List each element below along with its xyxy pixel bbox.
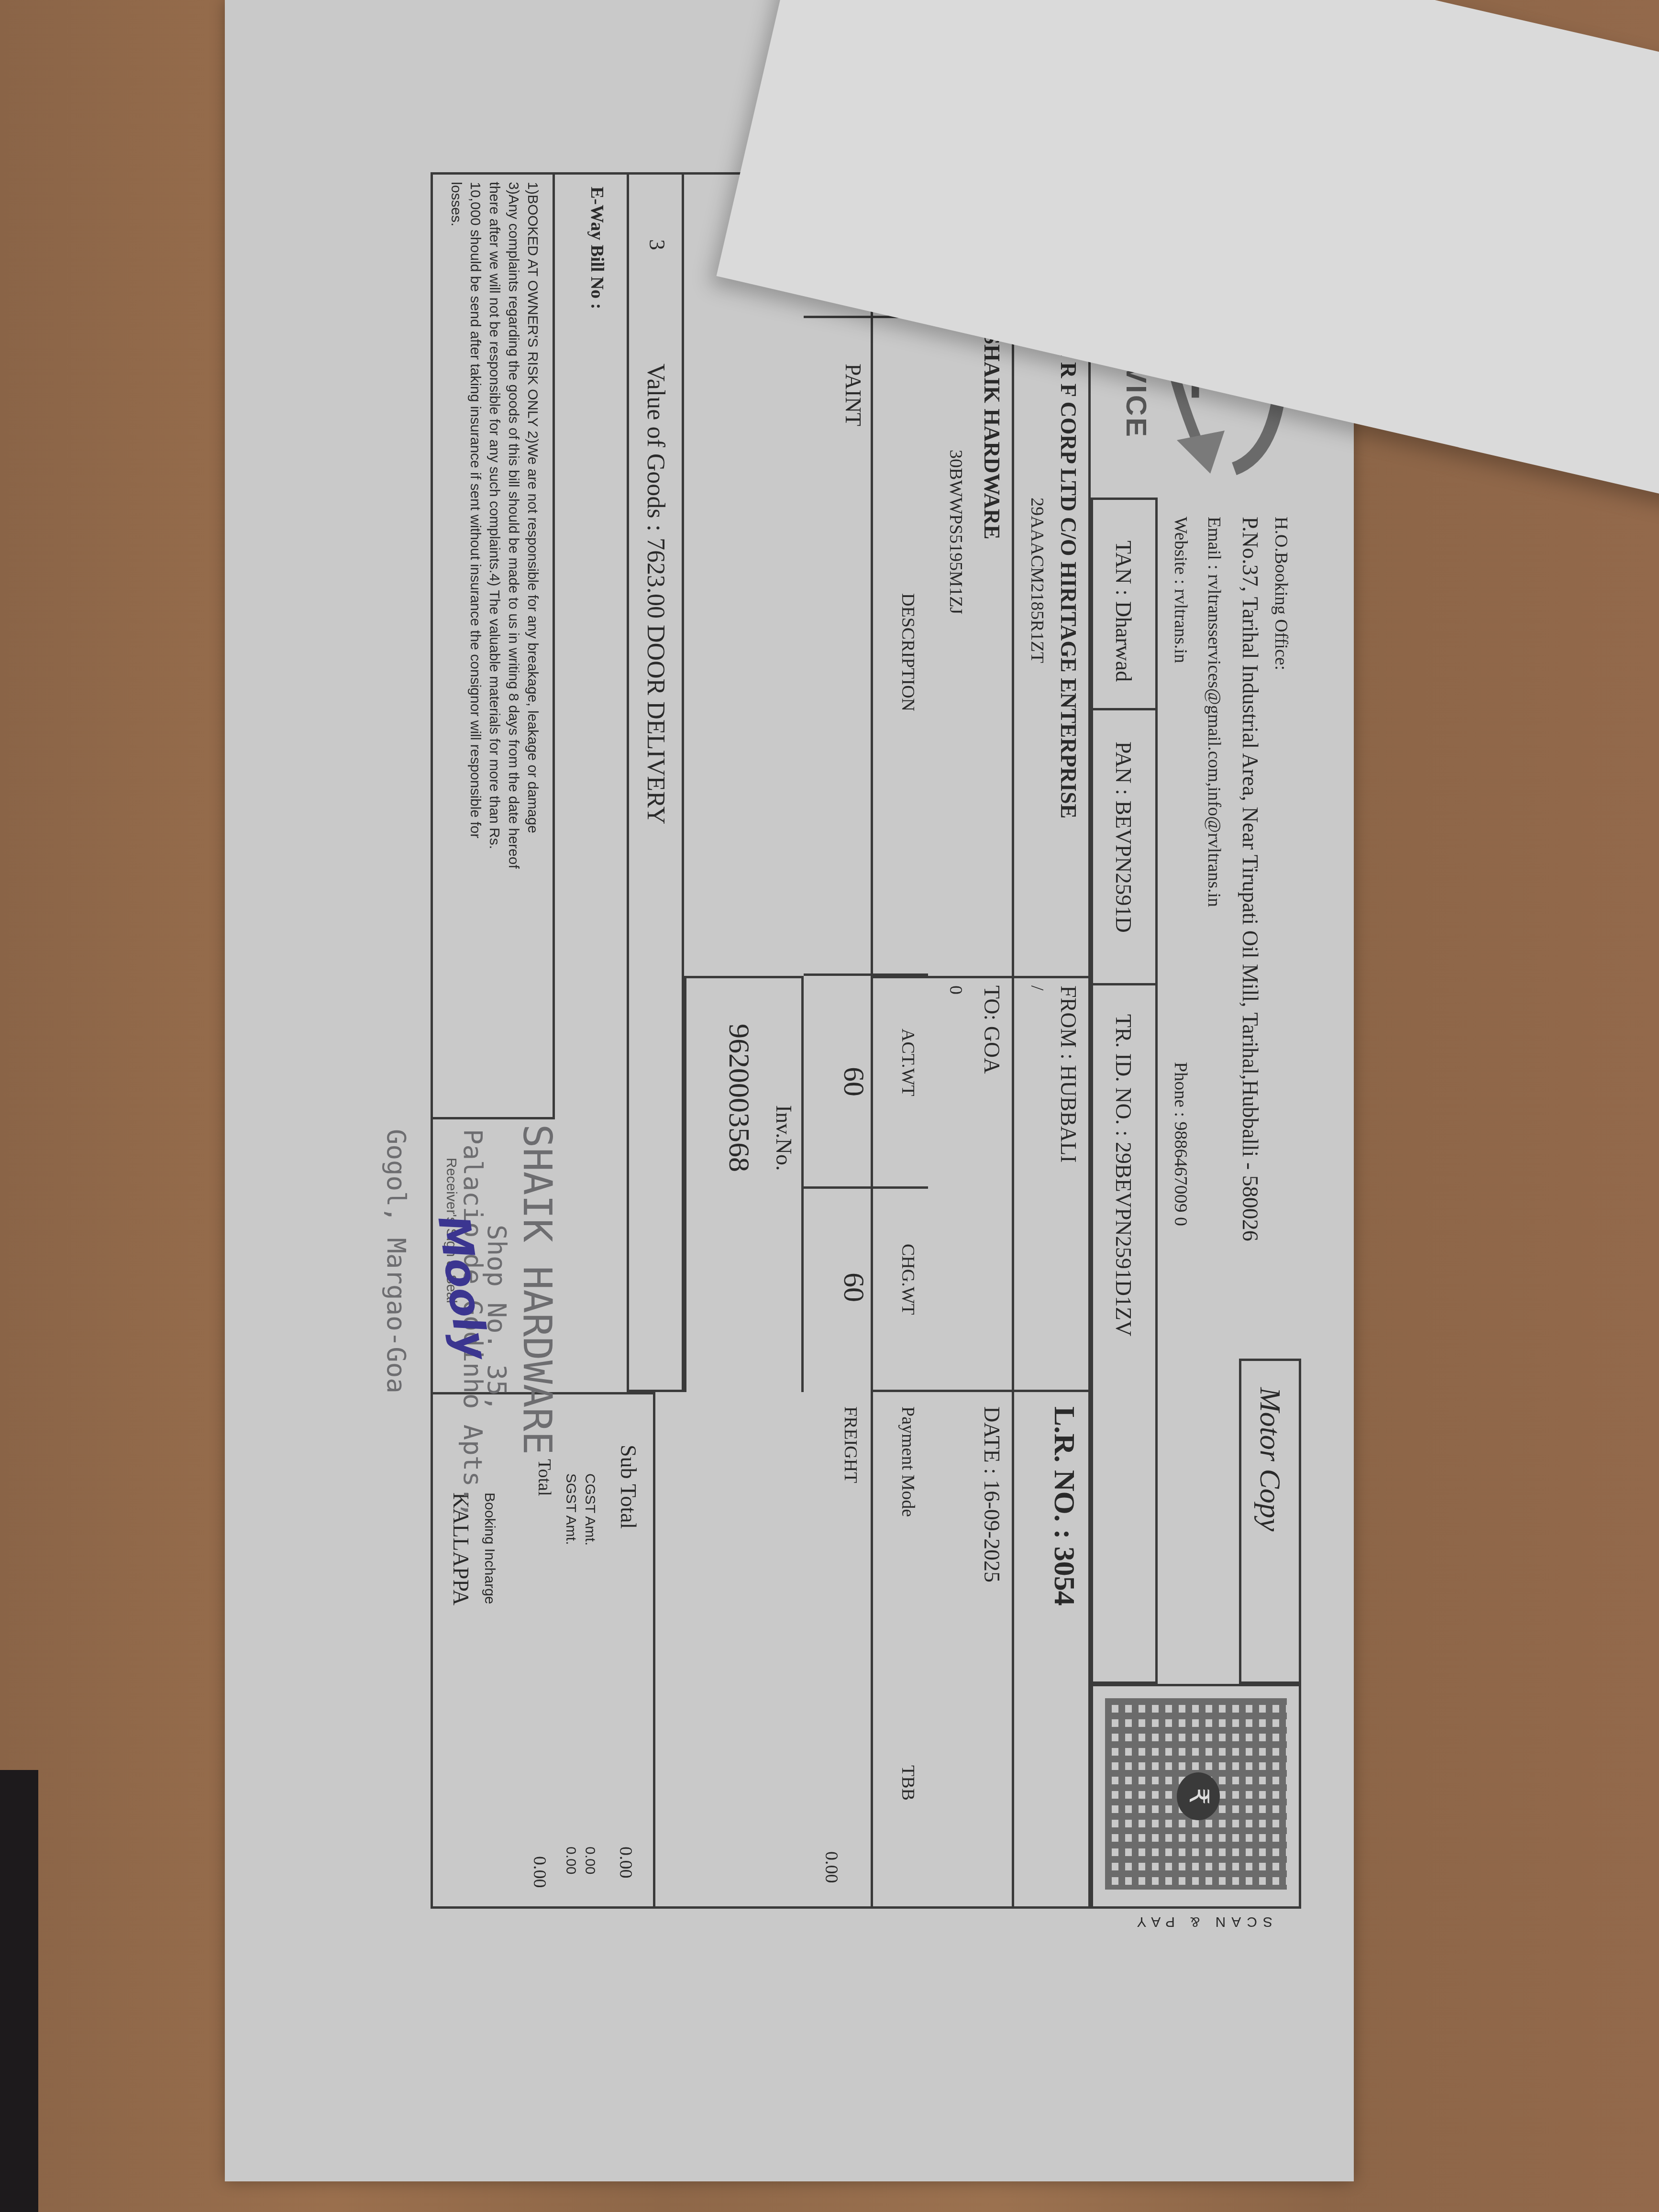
rupee-icon: ₹ <box>1177 1772 1220 1820</box>
eway-bill-label: E-Way Bill No : <box>586 187 608 310</box>
sub-total-label: Sub Total <box>616 1445 641 1529</box>
background-dark-edge <box>0 1770 38 2212</box>
terms-line-1: 1)BOOKED AT OWNER'S RISK ONLY 2)We are n… <box>524 182 541 833</box>
terms-line-5: losses. <box>448 182 464 226</box>
consignee-gst: 30BWWPS5195M1ZJ <box>945 450 966 614</box>
value-of-goods: Value of Goods : 7623.00 DOOR DELIVERY <box>641 364 670 824</box>
wt-divider <box>804 1186 928 1189</box>
header-act-wt: ACT.WT <box>897 1029 918 1096</box>
to-city: TO: GOA <box>979 985 1005 1073</box>
invoice-label: Inv.No. <box>771 1105 796 1171</box>
company-address: P.No.37, Tarihal Industrial Area, Near T… <box>1238 517 1263 1241</box>
row-description: PAINT <box>841 364 866 426</box>
cgst-value: 0.00 <box>582 1847 598 1874</box>
total-value: 0.00 <box>529 1856 550 1888</box>
office-label: H.O.Booking Office: <box>1271 517 1292 670</box>
consignor-gst: 29AAACM2185R1ZT <box>1027 498 1048 663</box>
receiver-stamp-name: SHAIK HARDWARE <box>514 1124 560 1455</box>
row-chg-wt: 60 <box>837 1272 871 1302</box>
sub-total-value: 0.00 <box>615 1847 636 1879</box>
pan-number: PAN : BEVPN2591D <box>1111 741 1136 933</box>
receiver-stamp-line3: Gogol, Margao-Goa <box>381 1129 411 1394</box>
payment-mode-label: Payment Mode <box>897 1406 918 1517</box>
total-articles: 3 <box>644 239 670 250</box>
header-description: DESCRIPTION <box>897 593 918 711</box>
freight-label: FREIGHT <box>840 1406 861 1483</box>
tan-number: TAN : Dharwad <box>1111 541 1136 682</box>
company-phone: Phone : 9886467009 0 <box>1170 1062 1191 1226</box>
payment-mode-value: TBB <box>897 1765 918 1801</box>
tr-id-number: TR. ID. NO. : 29BEVPN2591D1ZV <box>1111 1014 1136 1336</box>
row-act-wt: 60 <box>837 1067 871 1096</box>
invoice-number: 9620003568 <box>722 1024 756 1172</box>
qr-side-text: SCAN & PAY <box>1131 1913 1272 1930</box>
lr-number: L.R. NO. : 3054 <box>1047 1406 1081 1606</box>
lorry-receipt: RVL RANS SERVICE H.O.Booking Office: P.N… <box>316 172 1301 2047</box>
terms-line-3: there after we will not be responsible f… <box>486 182 502 849</box>
company-email: Email : rvltransservices@gmail.com,info@… <box>1204 517 1225 907</box>
company-website: Website : rvltrans.in <box>1170 517 1191 663</box>
lr-date: DATE : 16-09-2025 <box>979 1406 1005 1582</box>
header-chg-wt: CHG.WT <box>897 1244 918 1315</box>
freight-value: 0.00 <box>821 1851 842 1883</box>
total-label: Total <box>534 1459 555 1496</box>
to-sub: 0 <box>945 985 966 995</box>
sgst-label: SGST Amt. <box>563 1473 579 1545</box>
from-sub: / <box>1027 985 1048 991</box>
terms-line-4: 10,000 should be send after taking insur… <box>467 182 483 839</box>
copy-type: Motor Copy <box>1253 1387 1287 1531</box>
terms-line-2: 3)Any complaints regarding the goods of … <box>505 182 521 869</box>
sgst-value: 0.00 <box>563 1847 579 1874</box>
cgst-label: CGST Amt. <box>582 1473 598 1546</box>
from-city: FROM : HUBBALI <box>1056 985 1081 1163</box>
